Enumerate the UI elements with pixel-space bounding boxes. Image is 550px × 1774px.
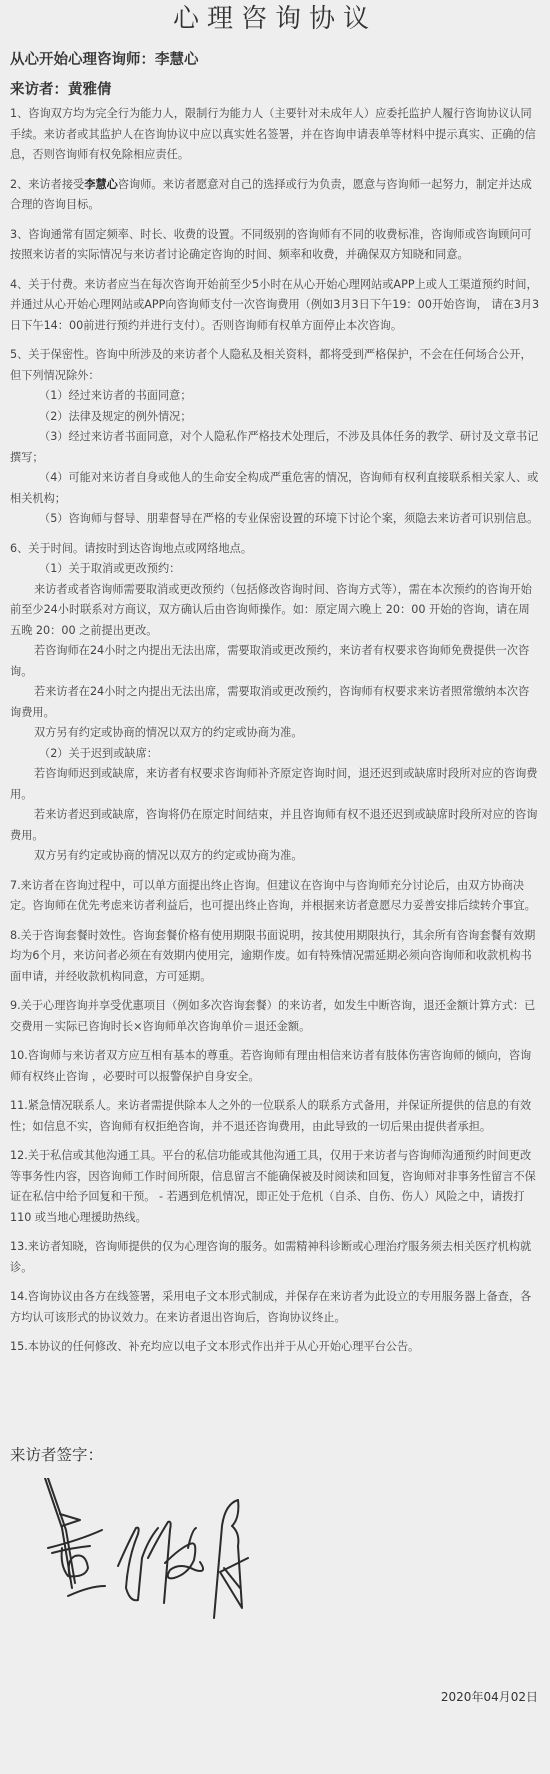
clause-5-item: （5）咨询师与督导、朋辈督导在严格的专业保密设置的环境下讨论个案，须隐去来访者可… (10, 509, 540, 530)
clause-11: 11.紧急情况联系人。来访者需提供除本人之外的一位联系人的联系方式备用，并保证所… (10, 1096, 540, 1137)
clause-12: 12.关于私信或其他沟通工具。平台的私信功能或其他沟通工具，仅用于来访者与咨询师… (10, 1146, 540, 1228)
visitor-label: 来访者：黄雅倩 (10, 78, 112, 99)
clause-13: 13.来访者知晓，咨询师提供的仅为心理咨询的服务。如需精神科诊断或心理治疗服务须… (10, 1237, 540, 1278)
counselor-label: 从心开始心理咨询师：李慧心 (10, 48, 199, 69)
clause-9: 9.关于心理咨询并享受优惠项目（例如多次咨询套餐）的来访者，如发生中断咨询，退还… (10, 996, 540, 1037)
clause-5: 5、关于保密性。咨询中所涉及的来访者个人隐私及相关资料，都将受到严格保护，不会在… (10, 345, 540, 386)
handwritten-signature (40, 1478, 260, 1628)
clause-6-sub1-text: 来访者或者咨询师需要取消或更改预约（包括修改咨询时间、咨询方式等），需在本次预约… (10, 580, 540, 642)
clause-6-sub2-title: （2）关于迟到或缺席： (10, 744, 540, 765)
clause-5-item: （3）经过来访者书面同意，对个人隐私作严格技术处理后，不涉及具体任务的教学、研讨… (10, 427, 540, 468)
clause-1: 1、咨询双方均为完全行为能力人，限制行为能力人（主要针对未成年人）应委托监护人履… (10, 104, 540, 166)
clause-4: 4、关于付费。来访者应当在每次咨询开始前至少5小时在从心开始心理网站或APP上或… (10, 275, 540, 337)
clause-6-sub2-text: 若咨询师迟到或缺席，来访者有权要求咨询师补齐原定咨询时间，退还迟到或缺席时段所对… (10, 764, 540, 805)
clause-6-sub2-text: 双方另有约定或协商的情况以双方的约定或协商为准。 (10, 846, 540, 867)
clause-5-item: （2）法律及规定的例外情况； (10, 407, 540, 428)
signature-date: 2020年04月02日 (441, 1688, 538, 1705)
clause-6-sub1-text: 双方另有约定或协商的情况以双方的约定或协商为准。 (10, 723, 540, 744)
clause-2-pre: 2、来访者接受 (10, 178, 84, 191)
clause-10: 10.咨询师与来访者双方应互相有基本的尊重。若咨询师有理由相信来访者有肢体伤害咨… (10, 1046, 540, 1087)
agreement-page: 心理咨询协议 从心开始心理咨询师：李慧心 来访者：黄雅倩 1、咨询双方均为完全行… (0, 0, 550, 1774)
clause-8: 8.关于咨询套餐时效性。咨询套餐价格有使用期限书面说明，按其使用期限执行，其余所… (10, 926, 540, 988)
clause-7: 7.来访者在咨询过程中，可以单方面提出终止咨询。但建议在咨询中与咨询师充分讨论后… (10, 876, 540, 917)
clause-3: 3、咨询通常有固定频率、时长、收费的设置。不同级别的咨询师有不同的收费标准，咨询… (10, 225, 540, 266)
document-title: 心理咨询协议 (0, 2, 550, 36)
clause-6-sub2-text: 若来访者迟到或缺席，咨询将仍在原定时间结束，并且咨询师有权不退还迟到或缺席时段所… (10, 805, 540, 846)
agreement-body: 1、咨询双方均为完全行为能力人，限制行为能力人（主要针对未成年人）应委托监护人履… (10, 104, 540, 1367)
clause-14: 14.咨询协议由各方在线签署，采用电子文本形式制成，并保存在来访者为此设立的专用… (10, 1287, 540, 1328)
clause-5-item: （4）可能对来访者自身或他人的生命安全构成严重危害的情况，咨询师有权利直接联系相… (10, 468, 540, 509)
clause-6: 6、关于时间。请按时到达咨询地点或网络地点。 (10, 539, 540, 560)
clause-5-item: （1）经过来访者的书面同意； (10, 386, 540, 407)
clause-6-sub1-text: 若来访者在24小时之内提出无法出席，需要取消或更改预约，咨询师有权要求来访者照常… (10, 682, 540, 723)
signature-label: 来访者签字： (10, 1443, 103, 1465)
clause-2: 2、来访者接受李慧心咨询师。来访者愿意对自己的选择或行为负责，愿意与咨询师一起努… (10, 175, 540, 216)
clause-6-sub1-title: （1）关于取消或更改预约： (10, 559, 540, 580)
clause-6-sub1-text: 若咨询师在24小时之内提出无法出席，需要取消或更改预约，来访者有权要求咨询师免费… (10, 641, 540, 682)
counselor-name: 李慧心 (84, 178, 118, 191)
clause-15: 15.本协议的任何修改、补充均应以电子文本形式作出并于从心开始心理平台公告。 (10, 1337, 540, 1358)
